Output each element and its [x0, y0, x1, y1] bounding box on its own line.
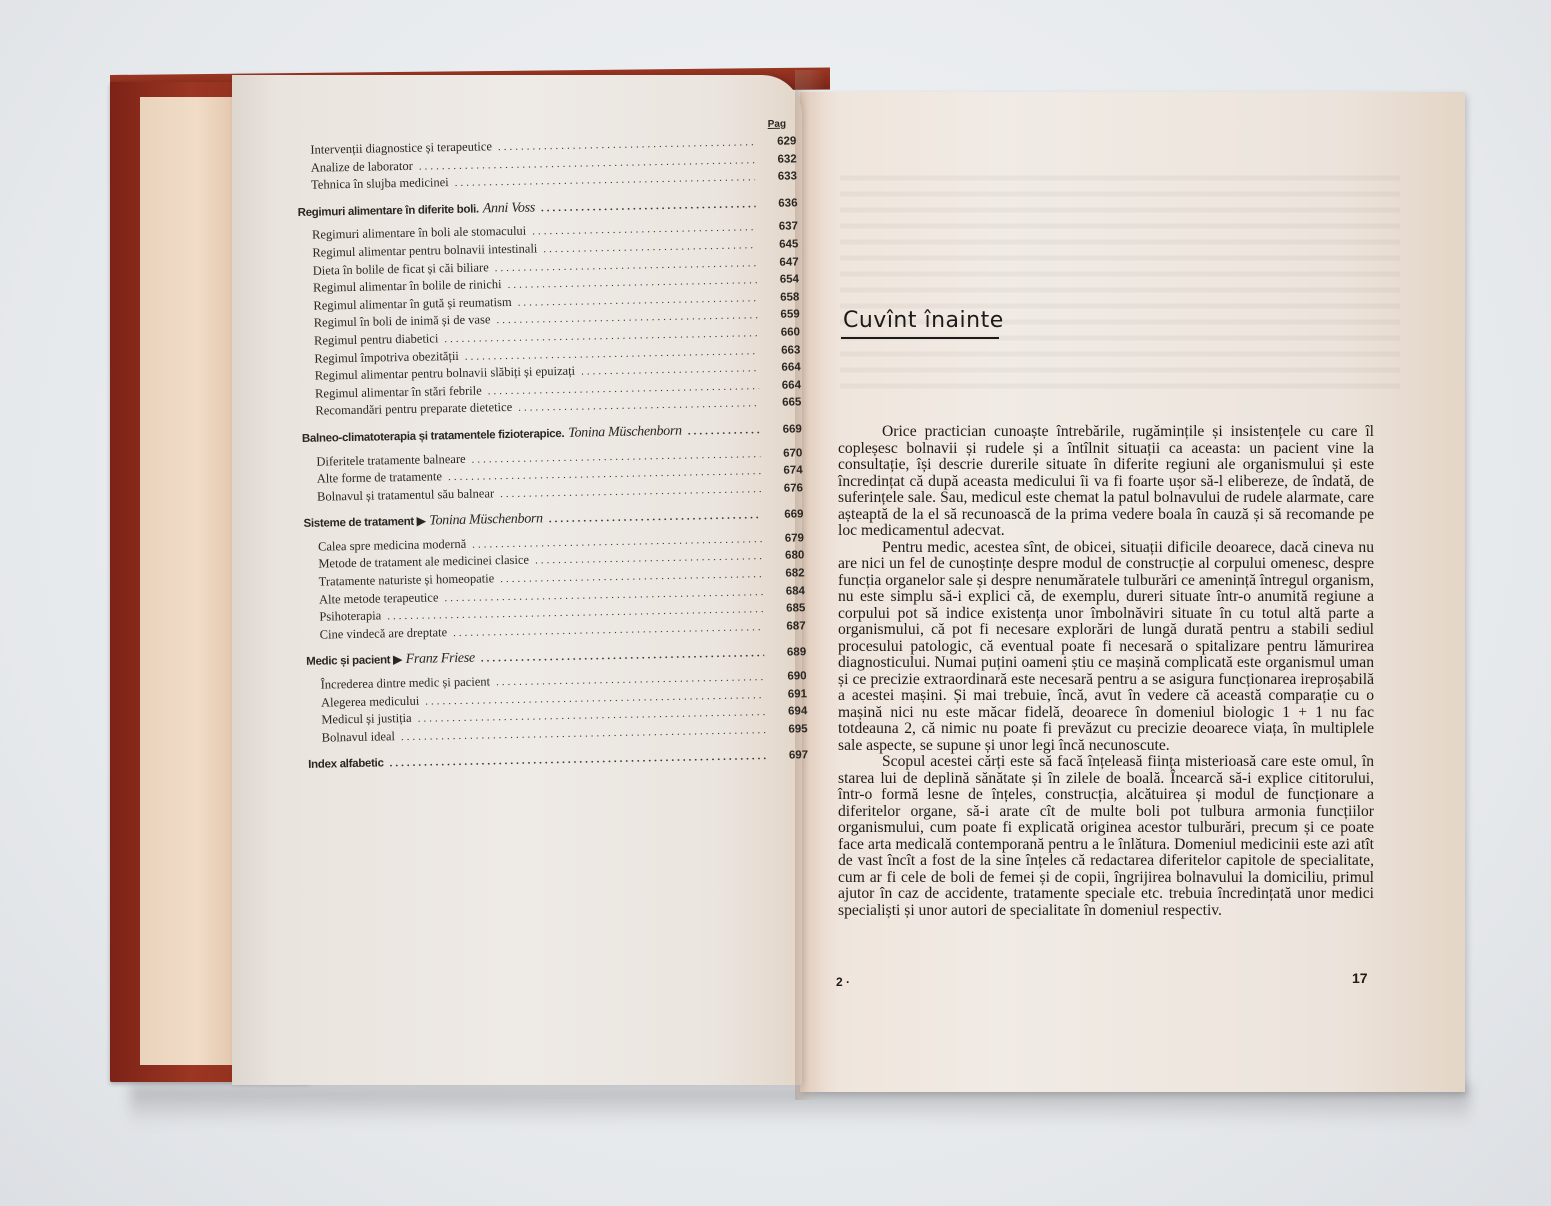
toc-page-number: 694 [771, 704, 807, 721]
toc-section: Balneo-climatoterapia și tratamentele fi… [302, 421, 802, 447]
toc-page-number: 676 [767, 480, 803, 497]
toc-entry-label: Alte forme de tratamente [317, 468, 443, 487]
toc-section: Regimuri alimentare în diferite boli.Ann… [297, 195, 797, 221]
toc-title: Regimuri alimentare în boli ale stomacul… [312, 224, 526, 242]
table-of-contents: Pag Intervenții diagnostice și terapeuti… [296, 118, 808, 779]
toc-page-number: 691 [771, 686, 807, 703]
toc-title: Regimul alimentar în gută și reumatism [313, 295, 511, 313]
toc-title: Regimul în boli de inimă și de vase [314, 313, 491, 330]
toc-entry-label: Regimul pentru diabetici [314, 330, 439, 349]
toc-title: Tratamente naturiste și homeopatie [319, 571, 495, 588]
toc-title: Regimul pentru diabetici [314, 331, 439, 347]
toc-title: Index alfabetic [308, 758, 384, 771]
page-column-header: Pag [768, 119, 787, 130]
toc-entry-label: Regimul alimentar în stări febrile [315, 382, 482, 402]
toc-title: Regimul alimentar pentru bolnavii intest… [312, 241, 537, 259]
toc-page-number: 670 [766, 445, 802, 462]
dot-leader [518, 395, 759, 416]
toc-title: Medicul și justiția [321, 711, 412, 727]
toc-entry-label: Regimuri alimentare în diferite boli.Ann… [297, 200, 535, 221]
toc-section: Medic și pacient ▶Franz Friese689 [306, 645, 806, 671]
toc-page-number: 665 [765, 395, 801, 412]
toc-page-number: 654 [763, 272, 799, 289]
toc-entry-label: Medicul și justiția [321, 710, 412, 728]
toc-entry-label: Intervenții diagnostice și terapeutice [310, 138, 492, 158]
toc-entry-label: Regimul împotriva obezității [314, 347, 459, 366]
toc-entry-label: Tehnica în slujba medicinei [311, 174, 449, 193]
toc-entry-label: Index alfabetic [308, 756, 384, 774]
toc-entry-label: Recomandări pentru preparate dietetice [315, 399, 512, 419]
toc-entry-label: Analize de laborator [311, 157, 413, 176]
toc-entry-label: Diferitele tratamente balneare [316, 450, 466, 469]
dot-leader [549, 507, 762, 528]
toc-page-number: 695 [771, 721, 807, 738]
toc-page-number: 663 [764, 342, 800, 359]
toc-section: Sisteme de tratament ▶Tonina Müschenborn… [303, 507, 803, 533]
dot-leader [541, 196, 756, 217]
toc-page-number: 680 [768, 548, 804, 565]
toc-page-number: 647 [763, 254, 799, 271]
toc-page-number: 660 [764, 324, 800, 341]
toc-title: Bolnavul ideal [322, 729, 396, 744]
toc-title: Tehnica în slujba medicinei [311, 175, 449, 192]
toc-title: Recomandări pentru preparate dietetice [315, 400, 512, 418]
toc-title: Bolnavul și tratamentul său balnear [317, 486, 494, 503]
dot-leader [481, 646, 765, 668]
toc-section: Index alfabetic697 [308, 748, 808, 774]
toc-title: Regimul alimentar în bolile de rinichi [313, 277, 502, 295]
dot-leader [688, 422, 760, 440]
toc-page-number: 645 [762, 236, 798, 253]
toc-page-number: 636 [761, 195, 797, 212]
toc-title: Sisteme de tratament ▶ [303, 516, 425, 530]
toc-author: Tonina Müschenborn [568, 424, 682, 441]
toc-page-number: 659 [764, 307, 800, 324]
toc-author: Tonina Müschenborn [429, 512, 543, 529]
toc-entry-label: Tratamente naturiste și homeopatie [319, 570, 495, 590]
endpaper [140, 97, 235, 1065]
signature-mark: 2 · [836, 975, 850, 989]
toc-page-number: 674 [767, 462, 803, 479]
toc-page-number: 632 [761, 151, 797, 168]
toc-entry-label: Psihoterapia [319, 608, 381, 626]
toc-title: Metode de tratament ale medicinei clasic… [318, 553, 529, 571]
toc-title: Dieta în bolile de ficat și căi biliare [313, 260, 489, 277]
toc-title: Alte metode terapeutice [319, 590, 439, 606]
toc-entry-label: Alegerea medicului [321, 692, 420, 710]
toc-page-number: 690 [770, 668, 806, 685]
toc-entry-label: Bolnavul ideal [322, 728, 396, 746]
toc-title: Psihoterapia [319, 609, 381, 624]
toc-author: Franz Friese [406, 651, 475, 667]
toc-page-number: 633 [761, 169, 797, 186]
toc-entry-label: Sisteme de tratament ▶Tonina Müschenborn [303, 512, 543, 533]
toc-entry-label: Balneo-climatoterapia și tratamentele fi… [302, 424, 682, 448]
toc-title: Diferitele tratamente balneare [316, 451, 465, 468]
toc-page-number: 697 [772, 748, 808, 765]
toc-title: Cine vindecă are dreptate [320, 625, 448, 641]
toc-entry-label: Cine vindecă are dreptate [320, 624, 448, 643]
toc-page-number: 689 [770, 645, 806, 662]
toc-title: Analize de laborator [311, 158, 413, 174]
toc-page-number: 682 [768, 565, 804, 582]
toc-title: Regimul alimentar pentru bolnavii slăbiț… [315, 364, 576, 383]
toc-entry-label: Calea spre medicina modernă [318, 536, 466, 555]
toc-entry-label: Dieta în bolile de ficat și căi biliare [313, 259, 489, 279]
toc-page-number: 679 [768, 530, 804, 547]
toc-title: Regimul alimentar în stări febrile [315, 383, 482, 400]
toc-page-number: 629 [760, 133, 796, 150]
page-number: 17 [1352, 970, 1368, 986]
toc-title: Alte forme de tratamente [317, 469, 443, 485]
toc-entry-label: Alte metode terapeutice [319, 589, 439, 608]
toc-page-number: 684 [769, 583, 805, 600]
toc-title: Intervenții diagnostice și terapeutice [310, 139, 492, 156]
toc-title: Calea spre medicina modernă [318, 537, 466, 554]
dot-leader [581, 360, 759, 380]
toc-entry-label: Încrederea dintre medic și pacient [321, 673, 491, 693]
paragraph: Orice practician cunoaște întrebările, r… [838, 424, 1374, 540]
toc-title: Regimuri alimentare în diferite boli. [298, 203, 479, 218]
page-title: Cuvînt înainte [843, 308, 1004, 333]
toc-page-number: 637 [762, 219, 798, 236]
paragraph: Scopul acestei cărți este să facă înțele… [838, 754, 1374, 919]
toc-page-number: 669 [766, 421, 802, 438]
toc-page-number: 664 [765, 359, 801, 376]
title-underline [841, 337, 999, 339]
toc-entry-label: Medic și pacient ▶Franz Friese [306, 651, 475, 671]
toc-page-number: 685 [769, 601, 805, 618]
toc-title: Medic și pacient ▶ [306, 655, 402, 669]
paragraph: Pentru medic, acestea sînt, de obicei, s… [838, 540, 1374, 755]
toc-page-number: 687 [770, 618, 806, 635]
foreword-body: Orice practician cunoaște întrebările, r… [838, 424, 1374, 919]
toc-title: Regimul împotriva obezității [314, 348, 459, 365]
toc-entry-label: Regimul în boli de inimă și de vase [314, 312, 491, 332]
toc-title: Încrederea dintre medic și pacient [321, 674, 491, 691]
toc-author: Anni Voss [483, 200, 535, 216]
toc-title: Alegerea medicului [321, 693, 419, 709]
toc-entry-label: Bolnavul și tratamentul său balnear [317, 485, 494, 505]
dot-leader [389, 748, 766, 772]
toc-page-number: 664 [765, 377, 801, 394]
toc-title: Balneo-climatoterapia și tratamentele fi… [302, 428, 565, 445]
toc-page-number: 658 [763, 289, 799, 306]
toc-page-number: 669 [767, 507, 803, 524]
